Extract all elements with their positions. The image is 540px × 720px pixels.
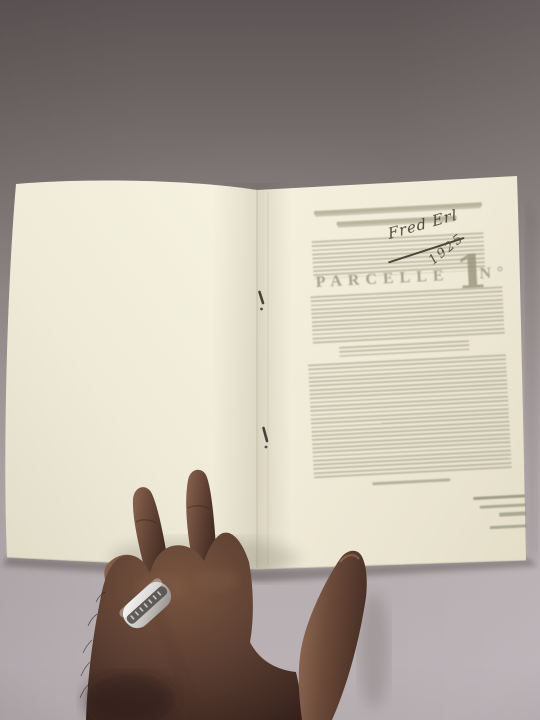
photo-scene: Fred Erl 1925 PARCELLE N° 1: [0, 0, 540, 720]
hand: [0, 0, 540, 720]
thumb: [299, 551, 367, 720]
knuckle-highlight-2: [194, 568, 238, 592]
